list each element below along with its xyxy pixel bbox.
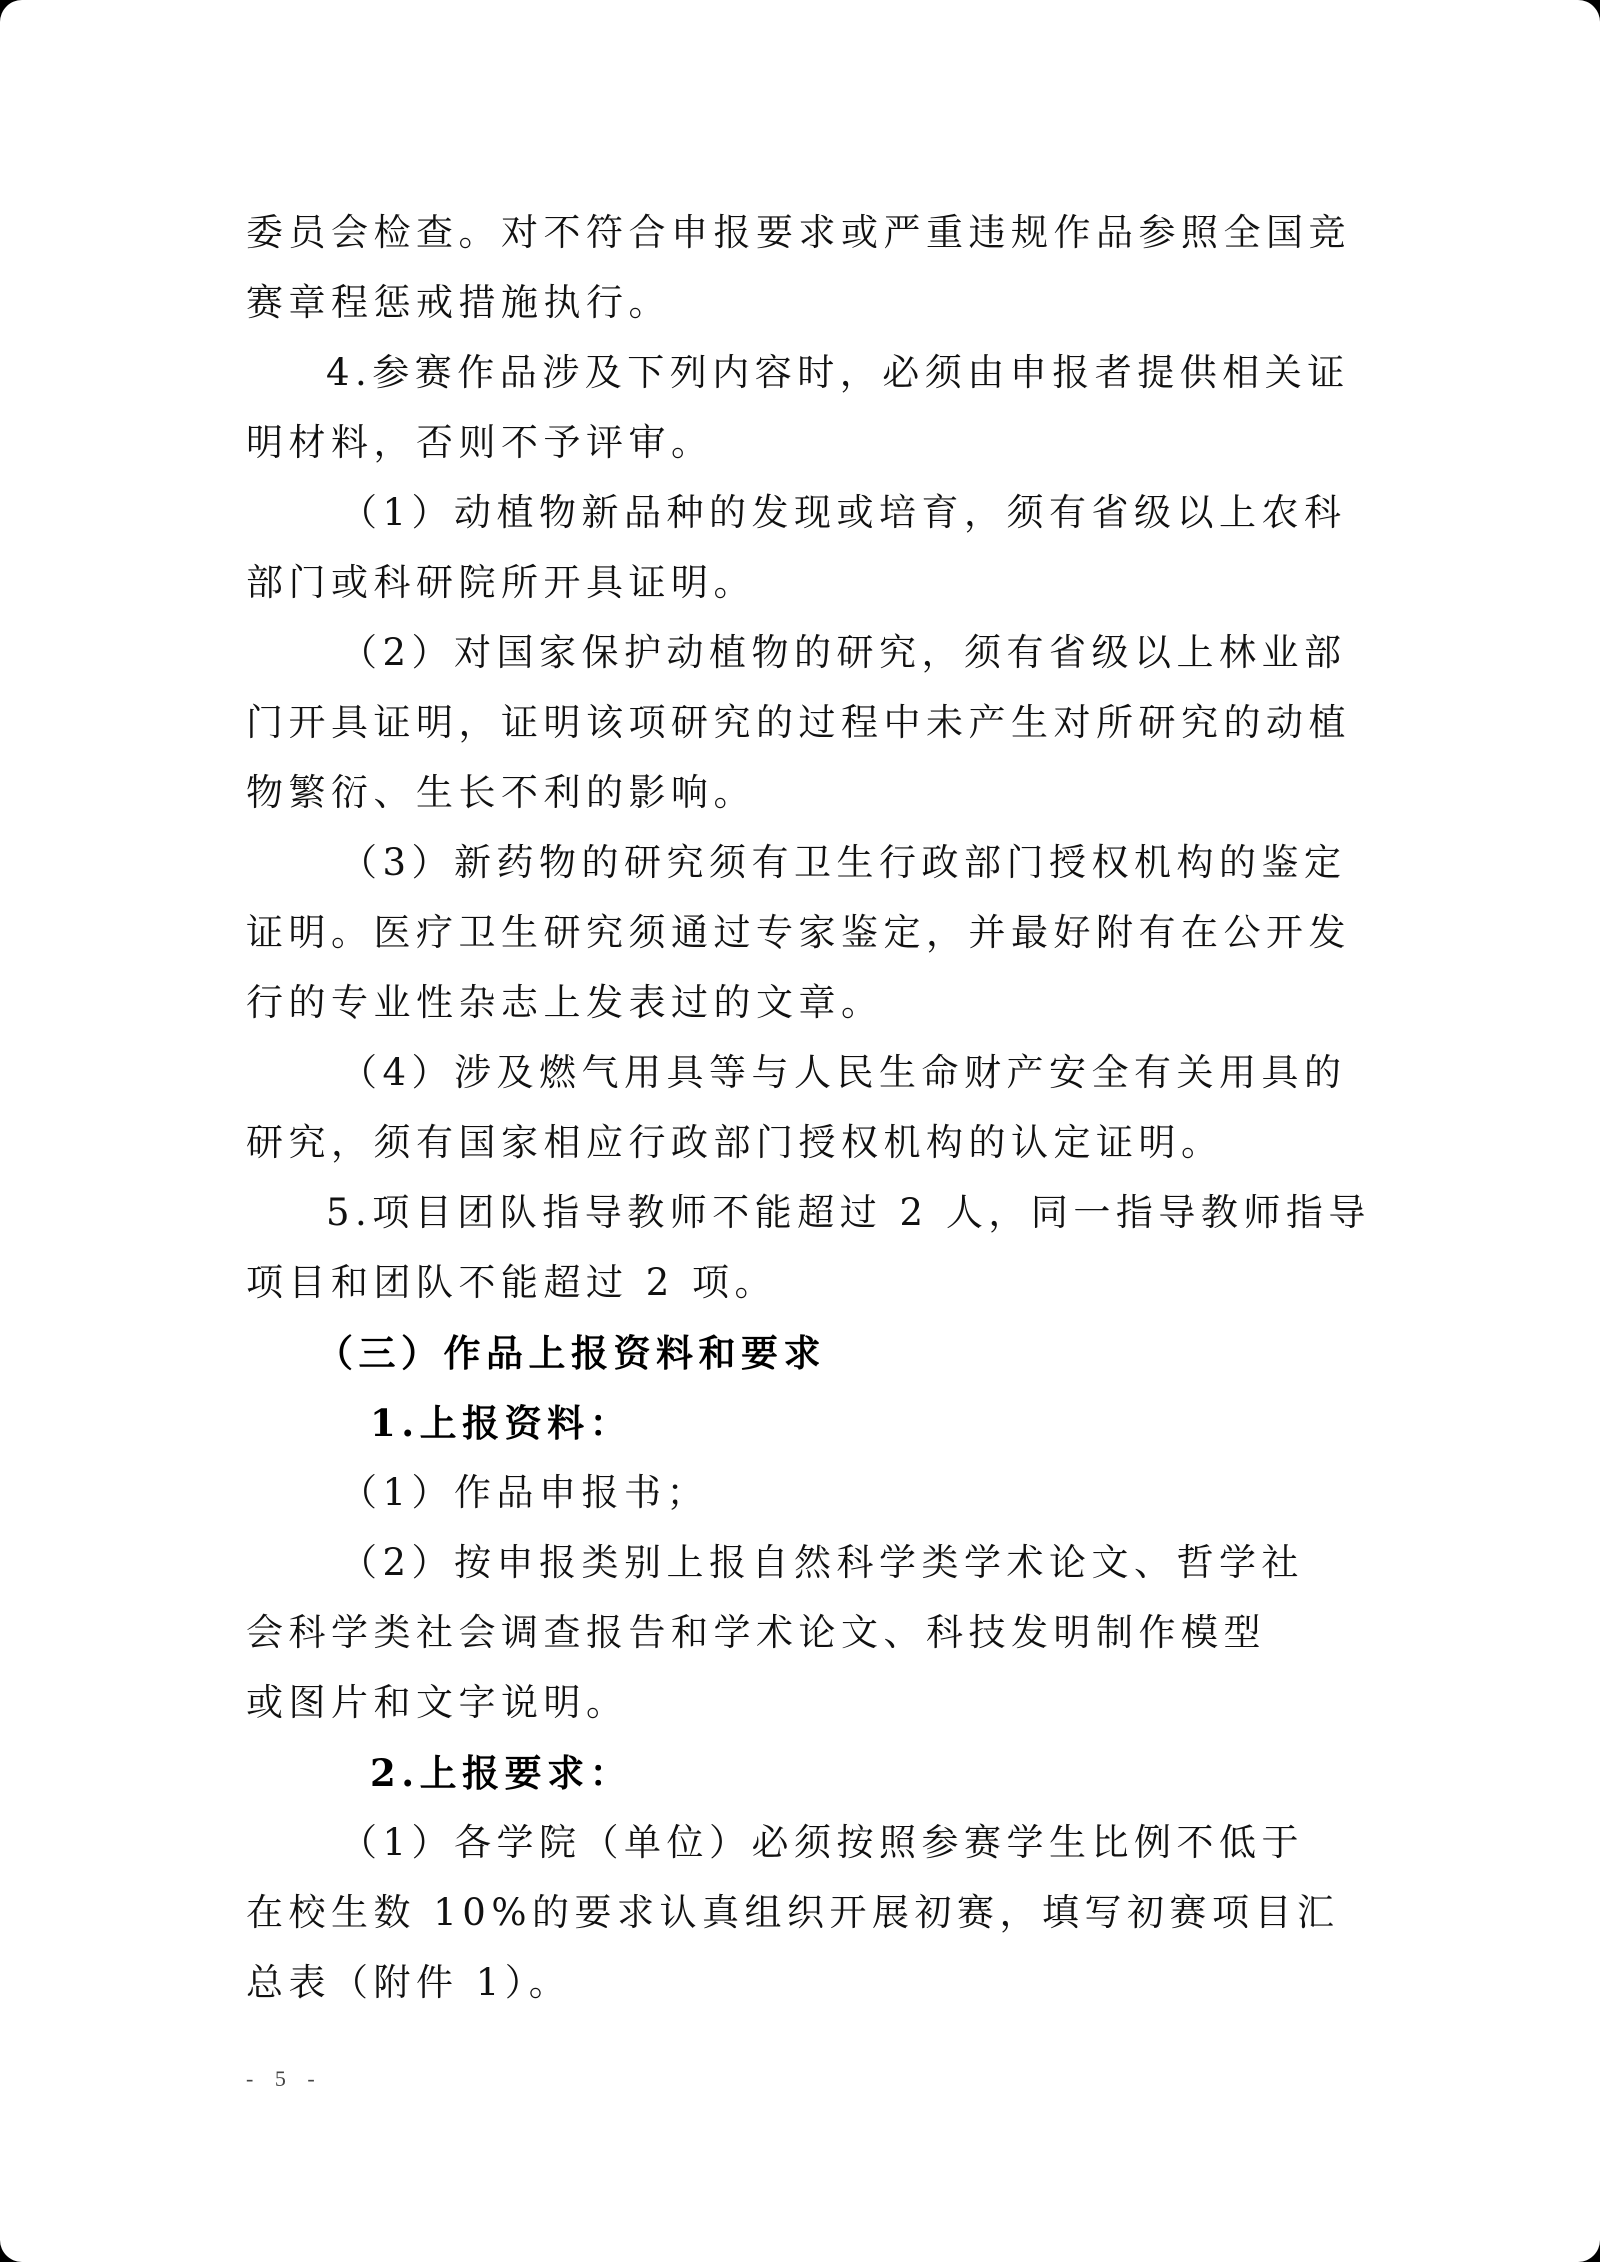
- paragraph-line: 赛章程惩戒措施执行。: [246, 275, 671, 331]
- paragraph-line: （3）新药物的研究须有卫生行政部门授权机构的鉴定: [340, 835, 1347, 891]
- paragraph-line: 门开具证明，证明该项研究的过程中未产生对所研究的动植: [246, 695, 1351, 751]
- paragraph-line: 明材料，否则不予评审。: [246, 415, 714, 471]
- paragraph-line: 在校生数 10%的要求认真组织开展初赛，填写初赛项目汇: [246, 1885, 1340, 1941]
- paragraph-line: 5.项目团队指导教师不能超过 2 人，同一指导教师指导: [326, 1185, 1371, 1241]
- paragraph-line: 委员会检查。对不符合申报要求或严重违规作品参照全国竞: [246, 205, 1351, 261]
- paragraph-line: 研究，须有国家相应行政部门授权机构的认定证明。: [246, 1115, 1224, 1171]
- paragraph-line: 总表（附件 1）。: [246, 1955, 571, 2011]
- section-heading: 1.上报资料：: [370, 1395, 632, 1451]
- paragraph-line: 或图片和文字说明。: [246, 1675, 629, 1731]
- paragraph-line: （2）按申报类别上报自然科学类学术论文、哲学社: [340, 1535, 1304, 1591]
- paragraph-line: 行的专业性杂志上发表过的文章。: [246, 975, 884, 1031]
- document-page: 委员会检查。对不符合申报要求或严重违规作品参照全国竞赛章程惩戒措施执行。4.参赛…: [0, 0, 1600, 2262]
- paragraph-line: 4.参赛作品涉及下列内容时，必须由申报者提供相关证: [326, 345, 1350, 401]
- paragraph-line: 物繁衍、生长不利的影响。: [246, 765, 756, 821]
- section-heading: 2.上报要求：: [370, 1745, 632, 1801]
- paragraph-line: （4）涉及燃气用具等与人民生命财产安全有关用具的: [340, 1045, 1347, 1101]
- paragraph-line: 部门或科研院所开具证明。: [246, 555, 756, 611]
- paragraph-line: （1）动植物新品种的发现或培育，须有省级以上农科: [340, 485, 1347, 541]
- paragraph-line: 会科学类社会调查报告和学术论文、科技发明制作模型: [246, 1605, 1266, 1661]
- paragraph-line: 项目和团队不能超过 2 项。: [246, 1255, 777, 1311]
- paragraph-line: （2）对国家保护动植物的研究，须有省级以上林业部: [340, 625, 1347, 681]
- paragraph-line: （1）各学院（单位）必须按照参赛学生比例不低于: [340, 1815, 1304, 1871]
- section-heading: （三）作品上报资料和要求: [316, 1325, 826, 1381]
- paragraph-line: 证明。医疗卫生研究须通过专家鉴定，并最好附有在公开发: [246, 905, 1351, 961]
- paragraph-line: （1）作品申报书；: [340, 1465, 709, 1521]
- page-number: - 5 -: [246, 2066, 323, 2092]
